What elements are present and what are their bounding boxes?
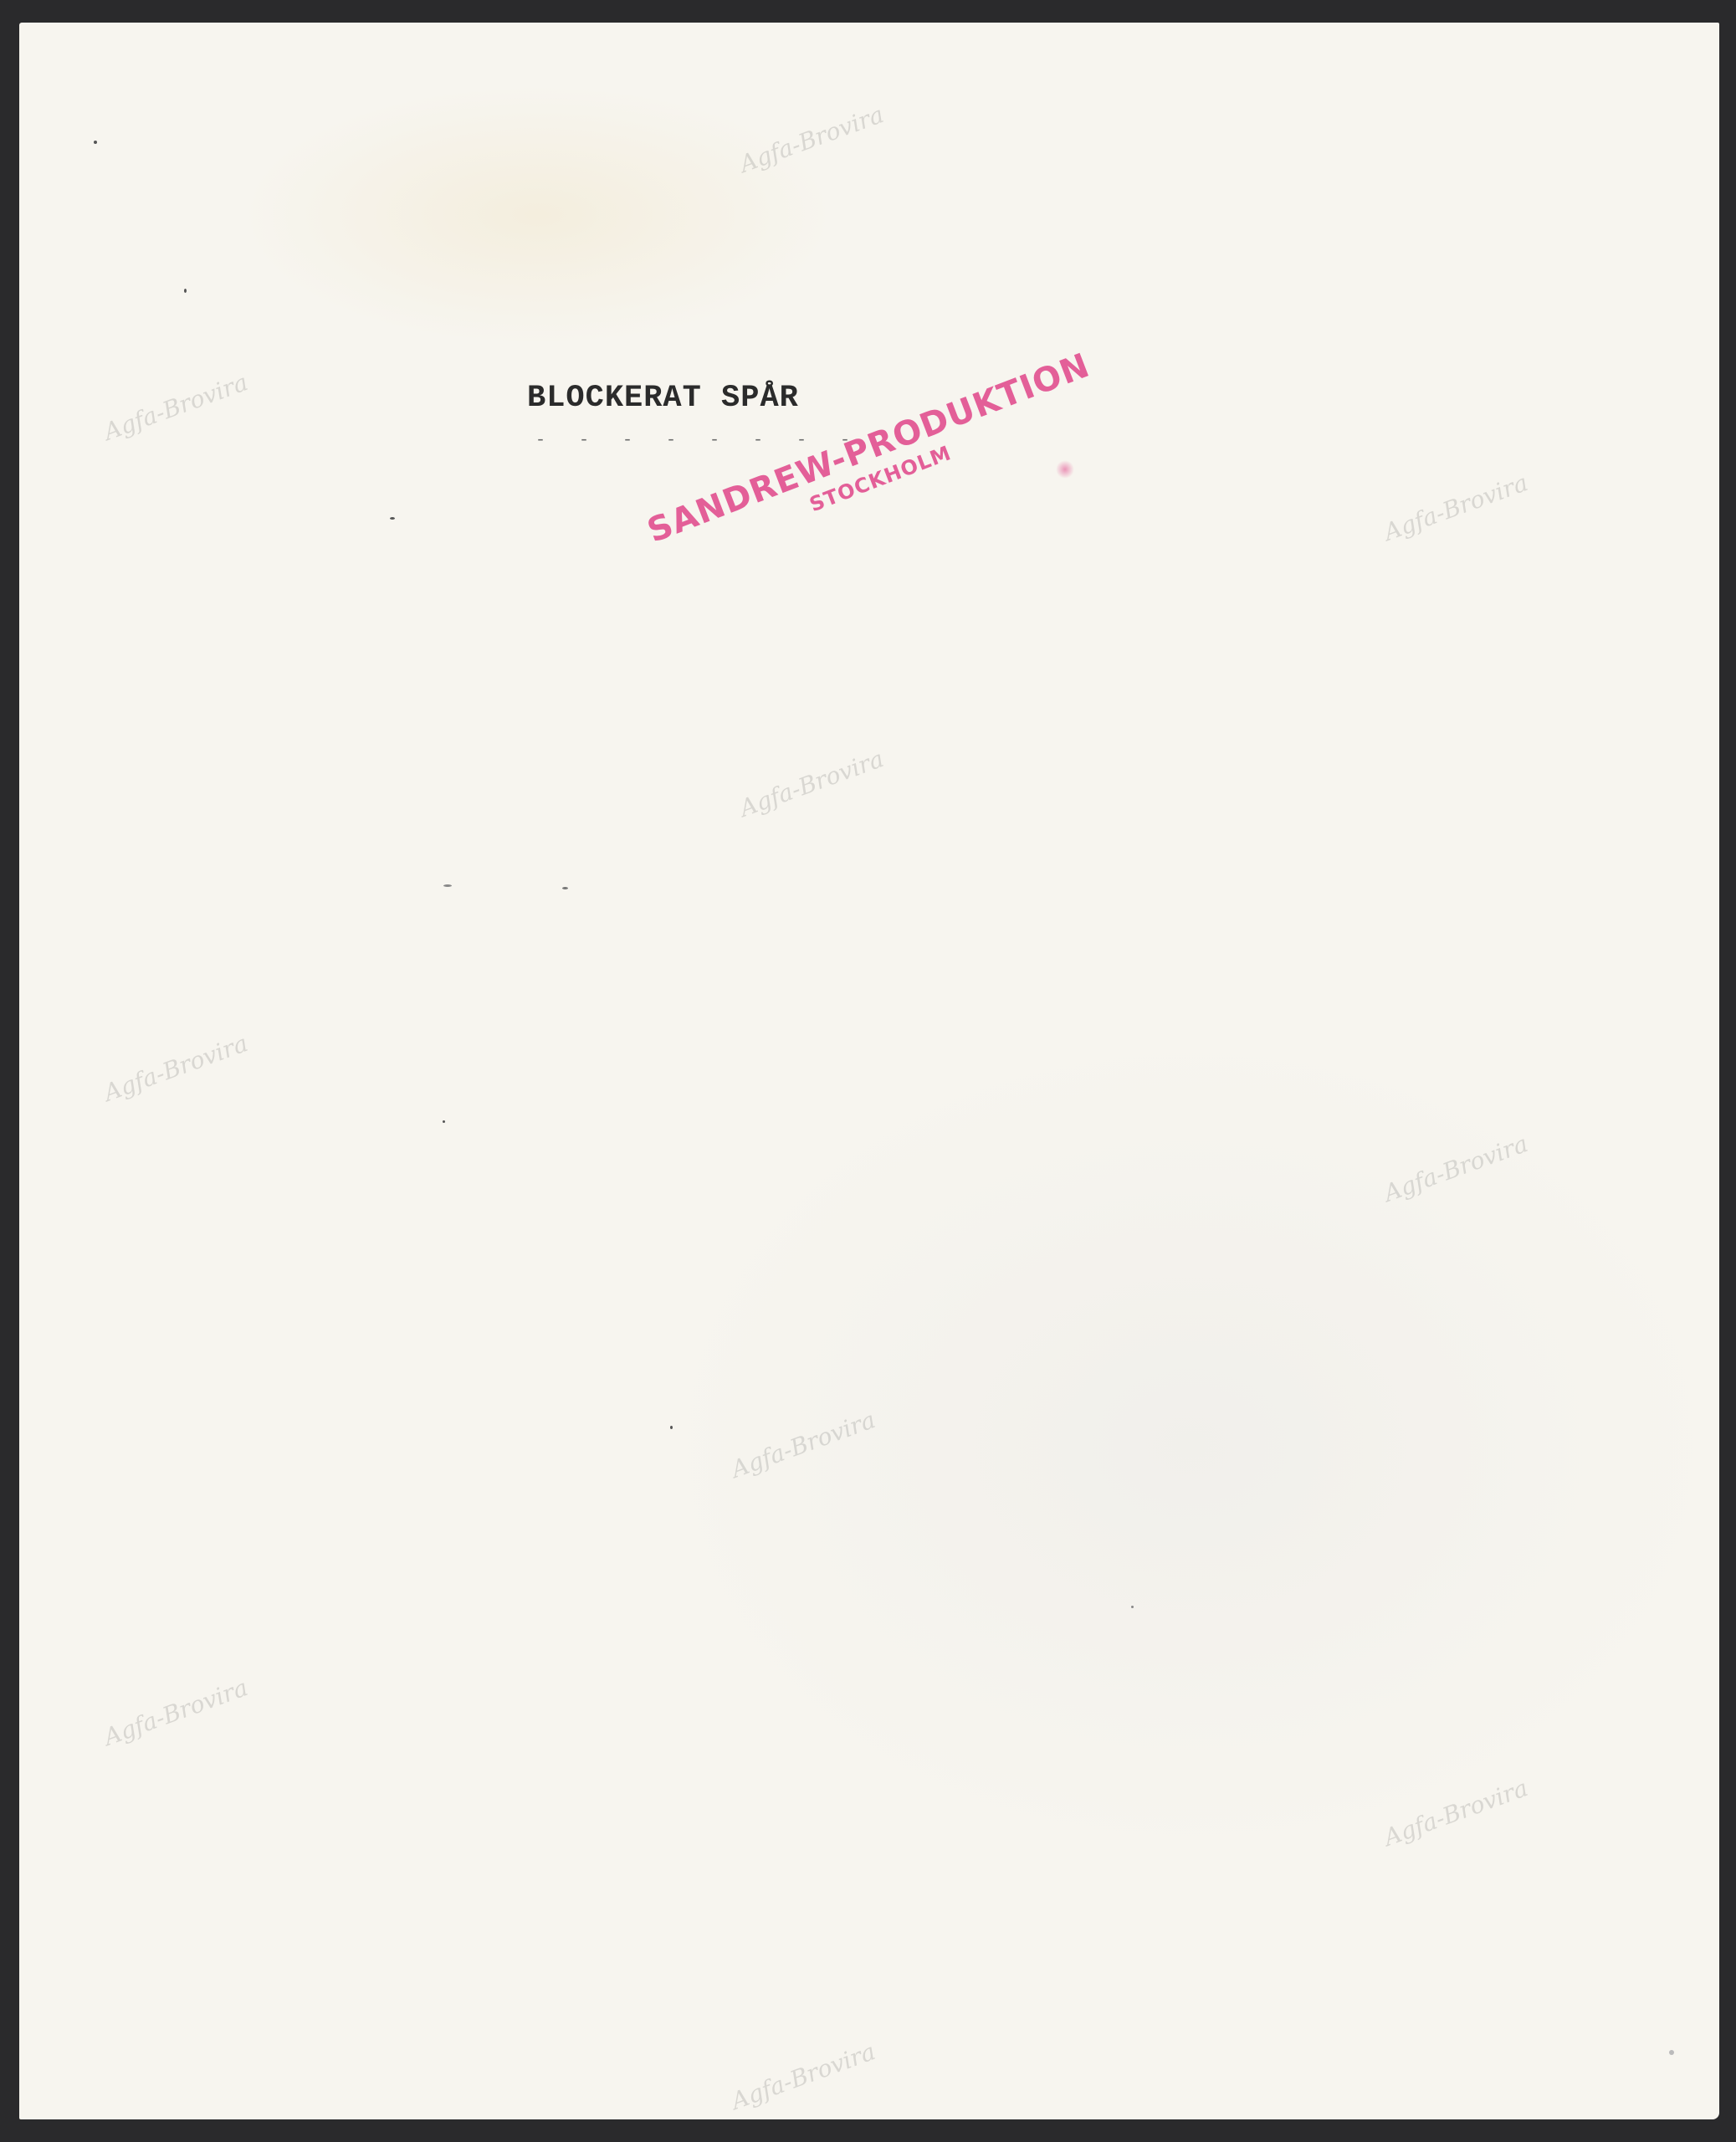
speck (390, 517, 395, 520)
typed-title: BLOCKERAT SPÅR (527, 381, 799, 416)
speck (94, 141, 97, 144)
speck (184, 289, 187, 293)
typed-underline: - - - - - - - - (535, 431, 862, 450)
speck (670, 1426, 673, 1429)
speck (1669, 2050, 1674, 2055)
speck (443, 1120, 445, 1123)
speck (443, 884, 452, 887)
speck (562, 887, 568, 889)
stamp-smudge (1056, 460, 1074, 479)
speck (1131, 1606, 1134, 1608)
